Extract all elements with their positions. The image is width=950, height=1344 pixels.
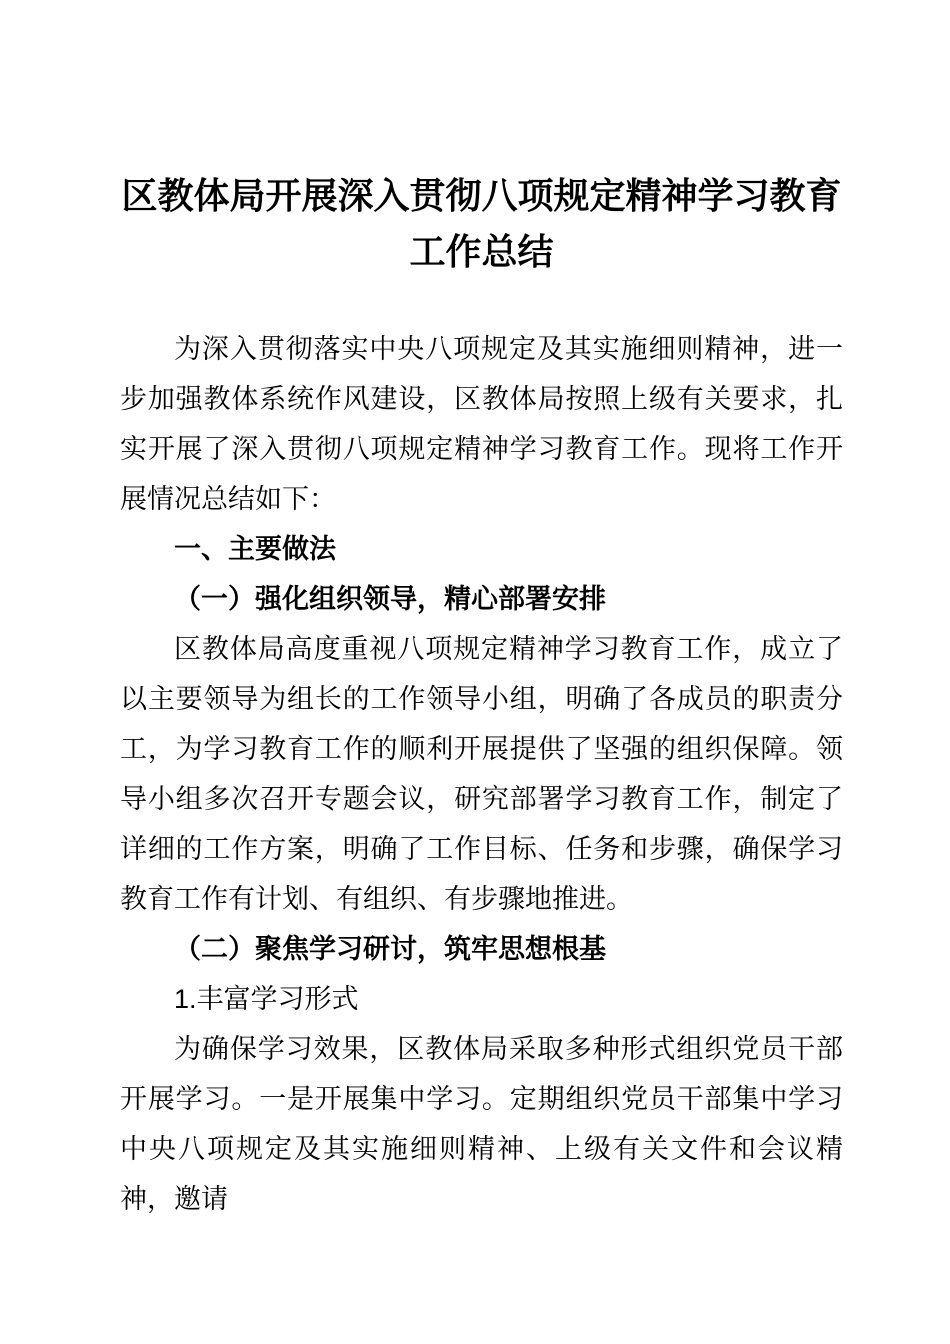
heading-item-study-forms: 1.丰富学习形式 — [120, 974, 843, 1024]
heading-main-practices: 一、主要做法 — [120, 524, 843, 574]
paragraph-study-forms: 为确保学习效果，区教体局采取多种形式组织党员干部开展学习。一是开展集中学习。定期… — [120, 1024, 843, 1224]
document-page: 区教体局开展深入贯彻八项规定精神学习教育工作总结 为深入贯彻落实中央八项规定及其… — [0, 0, 950, 1344]
paragraph-organization-leadership: 区教体局高度重视八项规定精神学习教育工作，成立了以主要领导为组长的工作领导小组，… — [120, 624, 843, 924]
paragraph-intro: 为深入贯彻落实中央八项规定及其实施细则精神，进一步加强教体系统作风建设，区教体局… — [120, 324, 843, 524]
heading-sub-organization-leadership: （一）强化组织领导，精心部署安排 — [120, 574, 843, 624]
heading-sub-study-discussion: （二）聚焦学习研讨，筑牢思想根基 — [120, 924, 843, 974]
document-title: 区教体局开展深入贯彻八项规定精神学习教育工作总结 — [120, 168, 843, 280]
